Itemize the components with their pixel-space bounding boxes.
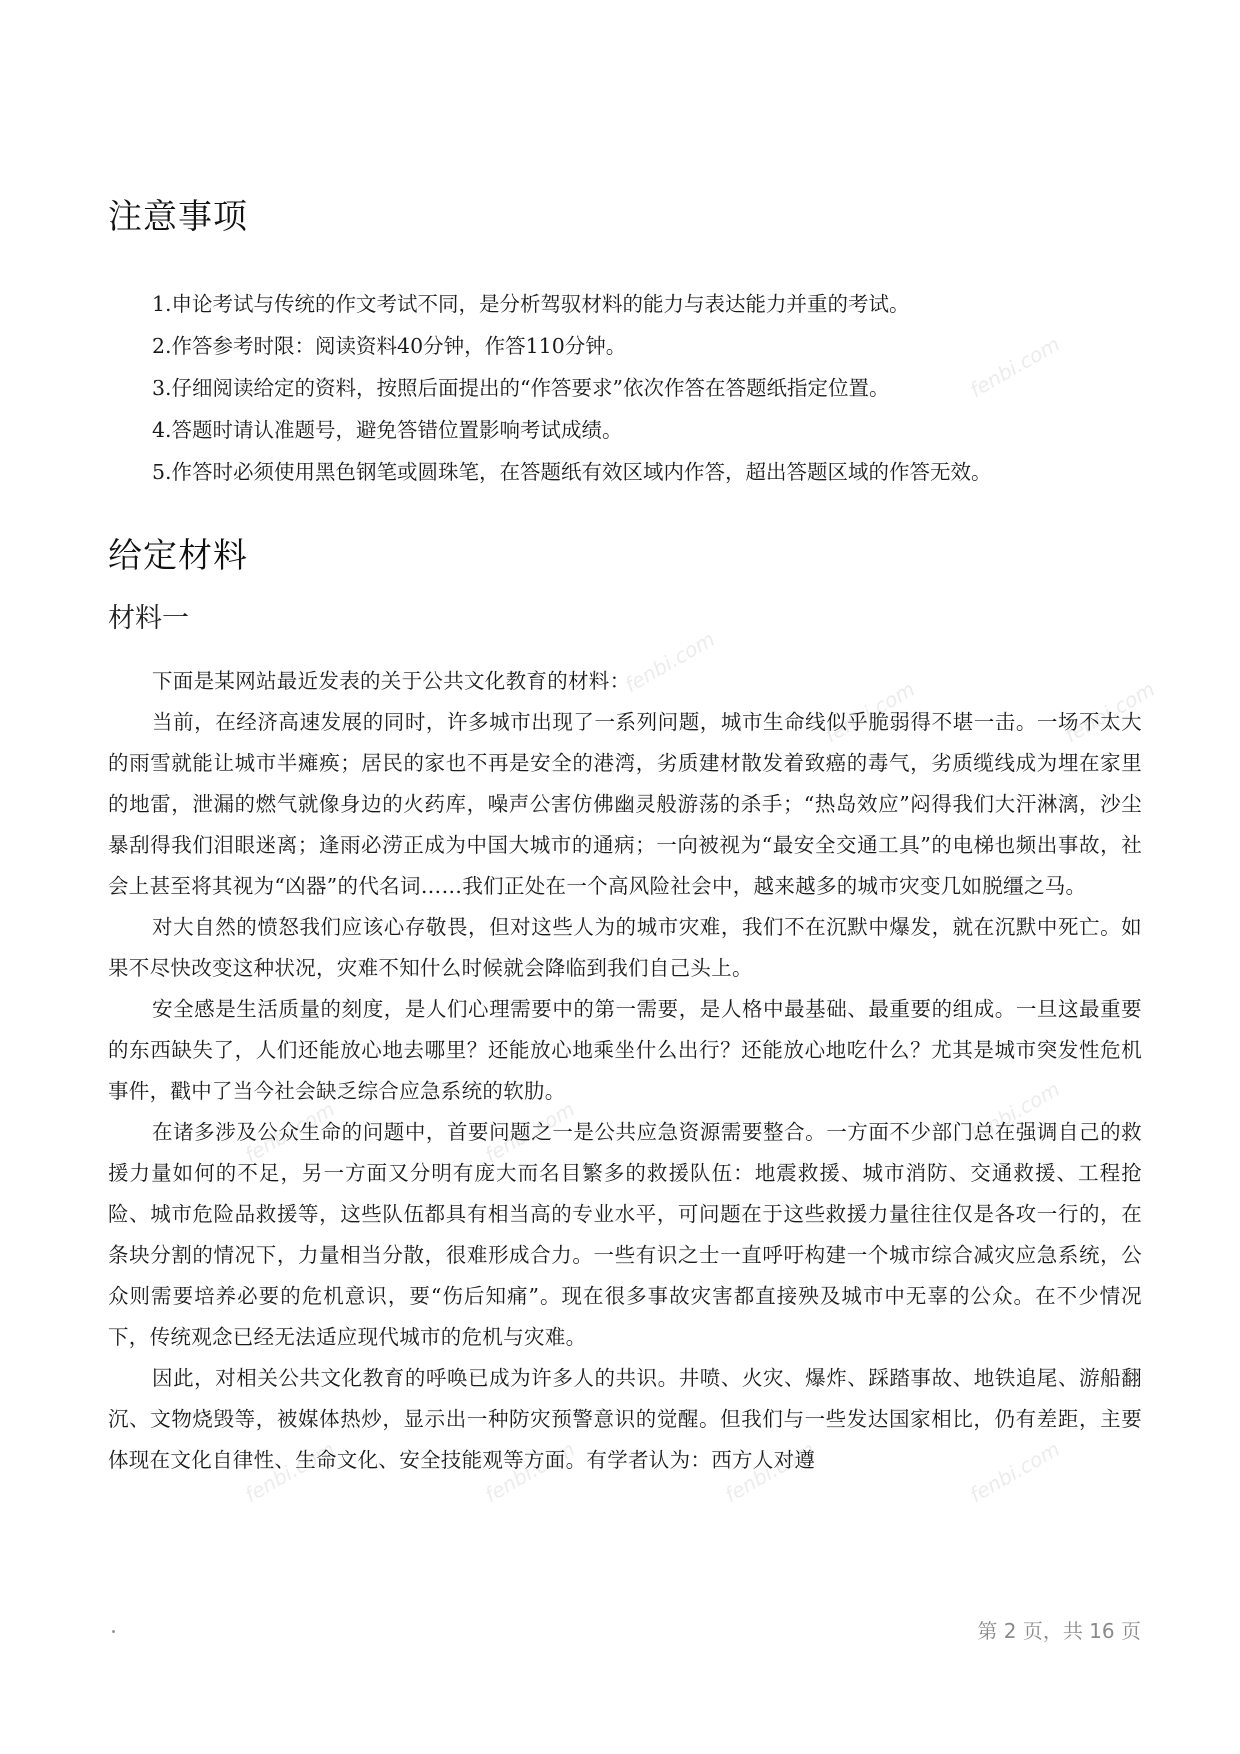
paragraph: 在诸多涉及公众生命的问题中，首要问题之一是公共应急资源需要整合。一方面不少部门总… bbox=[108, 1112, 1142, 1358]
notice-item: 1.申论考试与传统的作文考试不同，是分析驾驭材料的能力与表达能力并重的考试。 bbox=[108, 286, 1142, 323]
material-one-body: 下面是某网站最近发表的关于公共文化教育的材料： 当前，在经济高速发展的同时，许多… bbox=[108, 661, 1142, 1481]
paragraph: 下面是某网站最近发表的关于公共文化教育的材料： bbox=[108, 661, 1142, 702]
document-content: 注意事项 1.申论考试与传统的作文考试不同，是分析驾驭材料的能力与表达能力并重的… bbox=[108, 192, 1142, 1481]
page-number: 第 2 页，共 16 页 bbox=[977, 1615, 1141, 1644]
document-page: fenbi.com fenbi.com fenbi.com fenbi.com … bbox=[0, 0, 1240, 1754]
notice-item: 4.答题时请认准题号，避免答错位置影响考试成绩。 bbox=[108, 412, 1142, 449]
notice-item: 2.作答参考时限：阅读资料40分钟，作答110分钟。 bbox=[108, 328, 1142, 365]
paragraph: 当前，在经济高速发展的同时，许多城市出现了一系列问题，城市生命线似乎脆弱得不堪一… bbox=[108, 702, 1142, 907]
paragraph: 对大自然的愤怒我们应该心存敬畏，但对这些人为的城市灾难，我们不在沉默中爆发，就在… bbox=[108, 907, 1142, 989]
notice-item: 3.仔细阅读给定的资料，按照后面提出的“作答要求”依次作答在答题纸指定位置。 bbox=[108, 370, 1142, 407]
notice-title: 注意事项 bbox=[108, 192, 1142, 242]
paragraph: 安全感是生活质量的刻度，是人们心理需要中的第一需要，是人格中最基础、最重要的组成… bbox=[108, 989, 1142, 1112]
material-one-title: 材料一 bbox=[108, 599, 1142, 639]
notice-list: 1.申论考试与传统的作文考试不同，是分析驾驭材料的能力与表达能力并重的考试。 2… bbox=[108, 286, 1142, 491]
footer-dot bbox=[112, 1630, 115, 1633]
notice-item: 5.作答时必须使用黑色钢笔或圆珠笔，在答题纸有效区域内作答，超出答题区域的作答无… bbox=[108, 454, 1142, 491]
paragraph: 因此，对相关公共文化教育的呼唤已成为许多人的共识。井喷、火灾、爆炸、踩踏事故、地… bbox=[108, 1358, 1142, 1481]
materials-title: 给定材料 bbox=[108, 531, 1142, 581]
